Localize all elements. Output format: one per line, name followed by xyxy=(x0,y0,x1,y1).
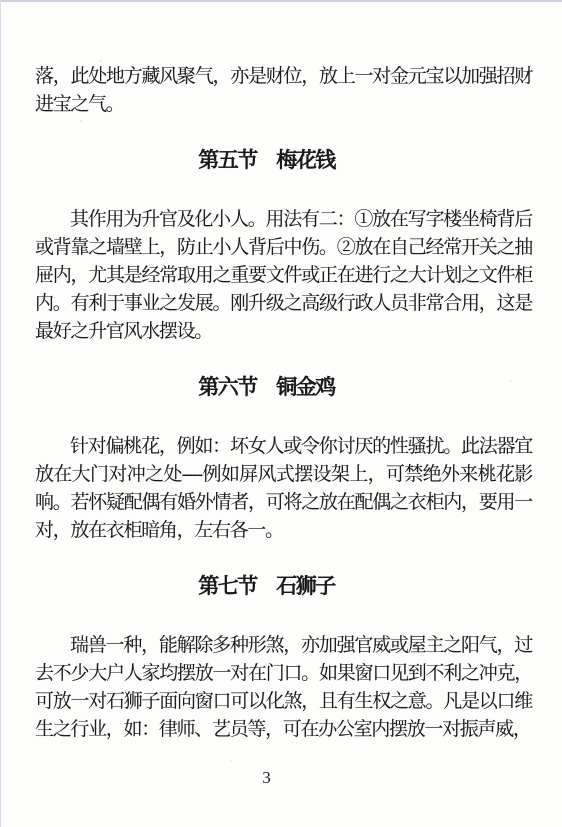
body-paragraph: 其作用为升官及化小人。用法有二：①放在写字楼坐椅背后或背靠之墙壁上，防止小人背后… xyxy=(35,206,532,346)
section-heading: 第五节 梅花钱 xyxy=(18,145,515,175)
body-paragraph: 落，此处地方藏风聚气，亦是财位，放上一对金元宝以加强招财进宝之气。 xyxy=(35,63,532,119)
page-number: 3 xyxy=(18,766,515,790)
section-heading: 第七节 石狮子 xyxy=(18,571,515,601)
body-paragraph: 针对偏桃花，例如：坏女人或令你讨厌的性骚扰。此法器宜放在大门对冲之处----例如… xyxy=(35,433,532,545)
section-heading: 第六节 铜金鸡 xyxy=(18,372,515,402)
page: 落，此处地方藏风聚气，亦是财位，放上一对金元宝以加强招财进宝之气。 第五节 梅花… xyxy=(0,0,562,790)
body-paragraph: 瑞兽一种，能解除多种形煞，亦加强官威或屋主之阳气，过去不少大户人家均摆放一对在门… xyxy=(35,632,532,744)
